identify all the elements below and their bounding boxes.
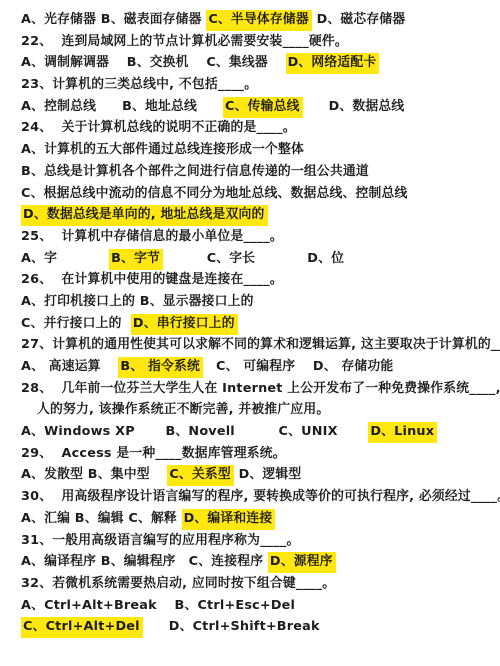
exam-line: A、 高速运算 B、 指令系统 C、 可编程序 D、 存储功能 (21, 356, 494, 378)
answer-highlight: C、半导体存储器 (206, 10, 312, 31)
exam-line: A、Windows XP B、Novell C、UNIX D、Linux (21, 421, 494, 443)
exam-line: A、汇编 B、编辑 C、解释 D、编译和连接 (21, 508, 494, 530)
answer-highlight: C、传输总线 (223, 97, 303, 118)
text-segment: D、数据总线 (303, 99, 405, 114)
text-segment: A、计算机的五大部件通过总线连接形成一个整体 (21, 142, 304, 157)
text-segment: 22、 连到局域网上的节点计算机必需要安装____硬件。 (21, 34, 348, 49)
text-segment: C、字长 D、位 (163, 251, 344, 266)
exam-line: 23、计算机的三类总线中, 不包括____。 (21, 74, 494, 96)
text-segment: A、Windows XP B、Novell C、UNIX (21, 424, 368, 439)
exam-line: 32、若微机系统需要热启动, 应同时按下组合键____。 (21, 573, 494, 595)
text-segment: 28、 几年前一位芬兰大学生人在 Internet 上公开发布了一种免费操作系统… (21, 381, 500, 396)
exam-line: C、并行接口上的 D、串行接口上的 (21, 313, 494, 335)
text-segment: A、发散型 B、集中型 (21, 467, 167, 482)
exam-line: 22、 连到局域网上的节点计算机必需要安装____硬件。 (21, 31, 494, 53)
text-segment: A、控制总线 B、地址总线 (21, 99, 223, 114)
text-segment: B、总线是计算机各个部件之间进行信息传递的一组公共通道 (21, 164, 369, 179)
answer-highlight: D、编译和连接 (182, 509, 276, 530)
exam-line: 人的努力, 该操作系统正不断完善, 并被推广应用。 (21, 399, 494, 421)
text-segment: 27、计算机的通用性使其可以求解不同的算术和逻辑运算, 这主要取决于计算机的__… (21, 337, 500, 352)
text-segment: A、编译程序 B、编辑程序 C、连接程序 (21, 554, 268, 569)
answer-highlight: C、关系型 (167, 465, 234, 486)
exam-line: 31、一般用高级语言编写的应用程序称为____。 (21, 530, 494, 552)
exam-line: A、计算机的五大部件通过总线连接形成一个整体 (21, 139, 494, 161)
exam-line: A、调制解调器 B、交换机 C、集线器 D、网络适配卡 (21, 52, 494, 74)
answer-highlight: C、Ctrl+Alt+Del (21, 617, 143, 638)
text-segment: D、Ctrl+Shift+Break (143, 619, 320, 634)
exam-line: D、数据总线是单向的, 地址总线是双向的 (21, 204, 494, 226)
text-segment: 32、若微机系统需要热启动, 应同时按下组合键____。 (21, 576, 335, 591)
text-segment: 29、 Access 是一种____数据库管理系统。 (21, 446, 286, 461)
text-segment: D、逻辑型 (234, 467, 301, 482)
text-segment: A、打印机接口上的 B、显示器接口上的 (21, 294, 254, 309)
exam-line: 26、 在计算机中使用的键盘是连接在____。 (21, 269, 494, 291)
exam-line: A、字 B、字节 C、字长 D、位 (21, 248, 494, 270)
exam-line: 30、 用高级程序设计语言编写的程序, 要转换成等价的可执行程序, 必须经过__… (21, 486, 494, 508)
text-segment: 26、 在计算机中使用的键盘是连接在____。 (21, 272, 283, 287)
answer-highlight: D、源程序 (268, 552, 336, 573)
text-segment: 30、 用高级程序设计语言编写的程序, 要转换成等价的可执行程序, 必须经过__… (21, 489, 500, 504)
exam-line: 25、 计算机中存储信息的最小单位是____。 (21, 226, 494, 248)
answer-highlight: B、字节 (109, 249, 163, 270)
exam-line: 29、 Access 是一种____数据库管理系统。 (21, 443, 494, 465)
answer-highlight: D、数据总线是单向的, 地址总线是双向的 (21, 205, 268, 226)
answer-highlight: D、串行接口上的 (131, 314, 238, 335)
exam-line: C、根据总线中流动的信息不同分为地址总线、数据总线、控制总线 (21, 183, 494, 205)
answer-highlight: B、 指令系统 (118, 357, 203, 378)
text-segment: C、 可编程序 D、 存储功能 (203, 359, 393, 374)
exam-line: 27、计算机的通用性使其可以求解不同的算术和逻辑运算, 这主要取决于计算机的__… (21, 334, 494, 356)
text-segment: A、Ctrl+Alt+Break B、Ctrl+Esc+Del (21, 598, 295, 613)
text-segment: D、磁芯存储器 (312, 12, 405, 27)
exam-page: A、光存储器 B、磁表面存储器 C、半导体存储器 D、磁芯存储器22、 连到局域… (0, 0, 500, 666)
exam-line: A、控制总线 B、地址总线 C、传输总线 D、数据总线 (21, 96, 494, 118)
text-segment: A、光存储器 B、磁表面存储器 (21, 12, 206, 27)
exam-line: A、发散型 B、集中型 C、关系型 D、逻辑型 (21, 464, 494, 486)
text-segment: C、根据总线中流动的信息不同分为地址总线、数据总线、控制总线 (21, 186, 408, 201)
answer-highlight: D、Linux (368, 422, 437, 443)
text-segment: A、字 (21, 251, 109, 266)
answer-highlight: D、网络适配卡 (286, 53, 380, 74)
exam-line: C、Ctrl+Alt+Del D、Ctrl+Shift+Break (21, 616, 494, 638)
exam-line: A、光存储器 B、磁表面存储器 C、半导体存储器 D、磁芯存储器 (21, 9, 494, 31)
text-segment: 25、 计算机中存储信息的最小单位是____。 (21, 229, 283, 244)
text-segment: A、汇编 B、编辑 C、解释 (21, 511, 182, 526)
text-segment: 31、一般用高级语言编写的应用程序称为____。 (21, 533, 300, 548)
text-segment: 23、计算机的三类总线中, 不包括____。 (21, 77, 257, 92)
exam-line: 24、 关于计算机总线的说明不正确的是____。 (21, 117, 494, 139)
exam-line: A、Ctrl+Alt+Break B、Ctrl+Esc+Del (21, 595, 494, 617)
exam-line: A、编译程序 B、编辑程序 C、连接程序 D、源程序 (21, 551, 494, 573)
text-segment: A、 高速运算 (21, 359, 118, 374)
text-segment: 人的努力, 该操作系统正不断完善, 并被推广应用。 (37, 402, 329, 417)
exam-line: 28、 几年前一位芬兰大学生人在 Internet 上公开发布了一种免费操作系统… (21, 378, 494, 400)
text-segment: C、并行接口上的 (21, 316, 131, 331)
exam-line: B、总线是计算机各个部件之间进行信息传递的一组公共通道 (21, 161, 494, 183)
text-segment: A、调制解调器 B、交换机 C、集线器 (21, 55, 286, 70)
text-segment: 24、 关于计算机总线的说明不正确的是____。 (21, 120, 296, 135)
exam-line: A、打印机接口上的 B、显示器接口上的 (21, 291, 494, 313)
